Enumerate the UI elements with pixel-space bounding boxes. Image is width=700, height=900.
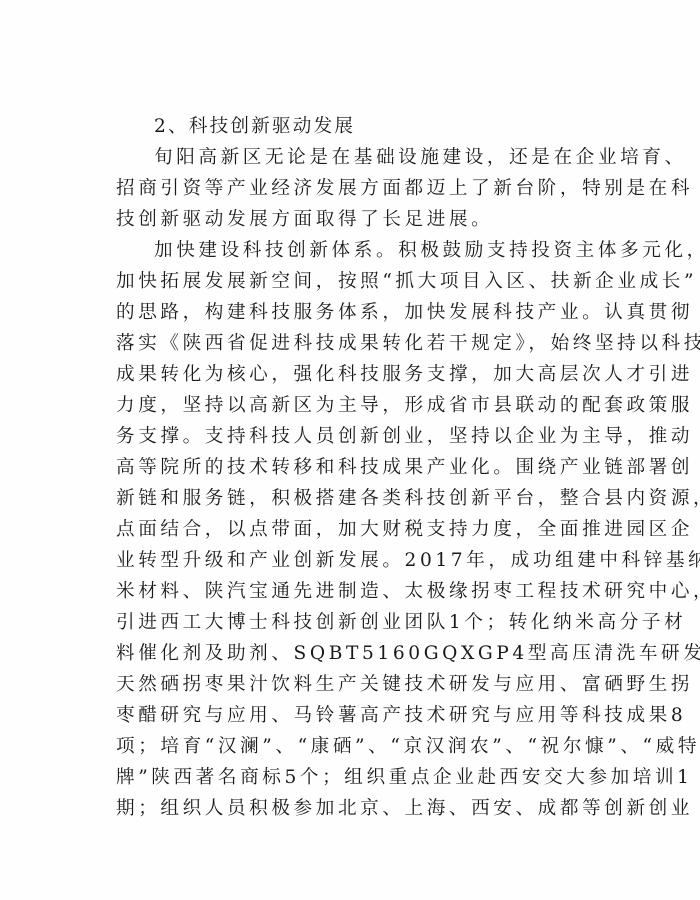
text-line: [116, 825, 604, 855]
text-line: 天然硒拐枣果汁饮料生产关键技术研发与应用、富硒野生拐: [116, 670, 604, 700]
text-line: 牌”陕西著名商标5个；组织重点企业赴西安交大参加培训1: [116, 763, 604, 793]
text-line: 料催化剂及助剂、SQBT5160GQXGP4型高压清洗车研发与应用、: [116, 639, 604, 669]
text-line: 成果转化为核心，强化科技服务支撑，加大高层次人才引进: [116, 360, 604, 390]
text-line: 新链和服务链，积极搭建各类科技创新平台，整合县内资源，: [116, 484, 604, 514]
section-heading: 2、科技创新驱动发展: [154, 112, 604, 142]
text-line: 引进西工大博士科技创新创业团队1个；转化纳米高分子材: [116, 608, 604, 638]
text-line: 旬阳高新区无论是在基础设施建设，还是在企业培育、: [154, 143, 604, 173]
text-line: 枣醋研究与应用、马铃薯高产技术研究与应用等科技成果8: [116, 701, 604, 731]
text-line: 点面结合，以点带面，加大财税支持力度，全面推进园区企: [116, 515, 604, 545]
text-line: 力度，坚持以高新区为主导，形成省市县联动的配套政策服: [116, 391, 604, 421]
text-line: 高等院所的技术转移和科技成果产业化。围绕产业链部署创: [116, 453, 604, 483]
text-line: 招商引资等产业经济发展方面都迈上了新台阶，特别是在科: [116, 174, 604, 204]
text-line: 技创新驱动发展方面取得了长足进展。: [116, 205, 604, 235]
text-line: 米材料、陕汽宝通先进制造、太极缘拐枣工程技术研究中心，: [116, 577, 604, 607]
text-line: 落实《陕西省促进科技成果转化若干规定》，始终坚持以科技: [116, 329, 604, 359]
text-line: 加快拓展发展新空间，按照“抓大项目入区、扶新企业成长”: [116, 267, 604, 297]
text-line: 业转型升级和产业创新发展。2017年，成功组建中科锌基纳: [116, 546, 604, 576]
text-line: 务支撑。支持科技人员创新创业，坚持以企业为主导，推动: [116, 422, 604, 452]
document-page: 2、科技创新驱动发展 旬阳高新区无论是在基础设施建设，还是在企业培育、 招商引资…: [0, 0, 700, 900]
text-line: 加快建设科技创新体系。积极鼓励支持投资主体多元化，: [154, 236, 604, 266]
text-line: 的思路，构建科技服务体系，加快发展科技产业。认真贯彻: [116, 298, 604, 328]
text-line: 项；培育“汉澜”、“康硒”、“京汉润农”、“祝尔慷”、“威特: [116, 732, 604, 762]
text-line: 期；组织人员积极参加北京、上海、西安、成都等创新创业: [116, 794, 604, 824]
